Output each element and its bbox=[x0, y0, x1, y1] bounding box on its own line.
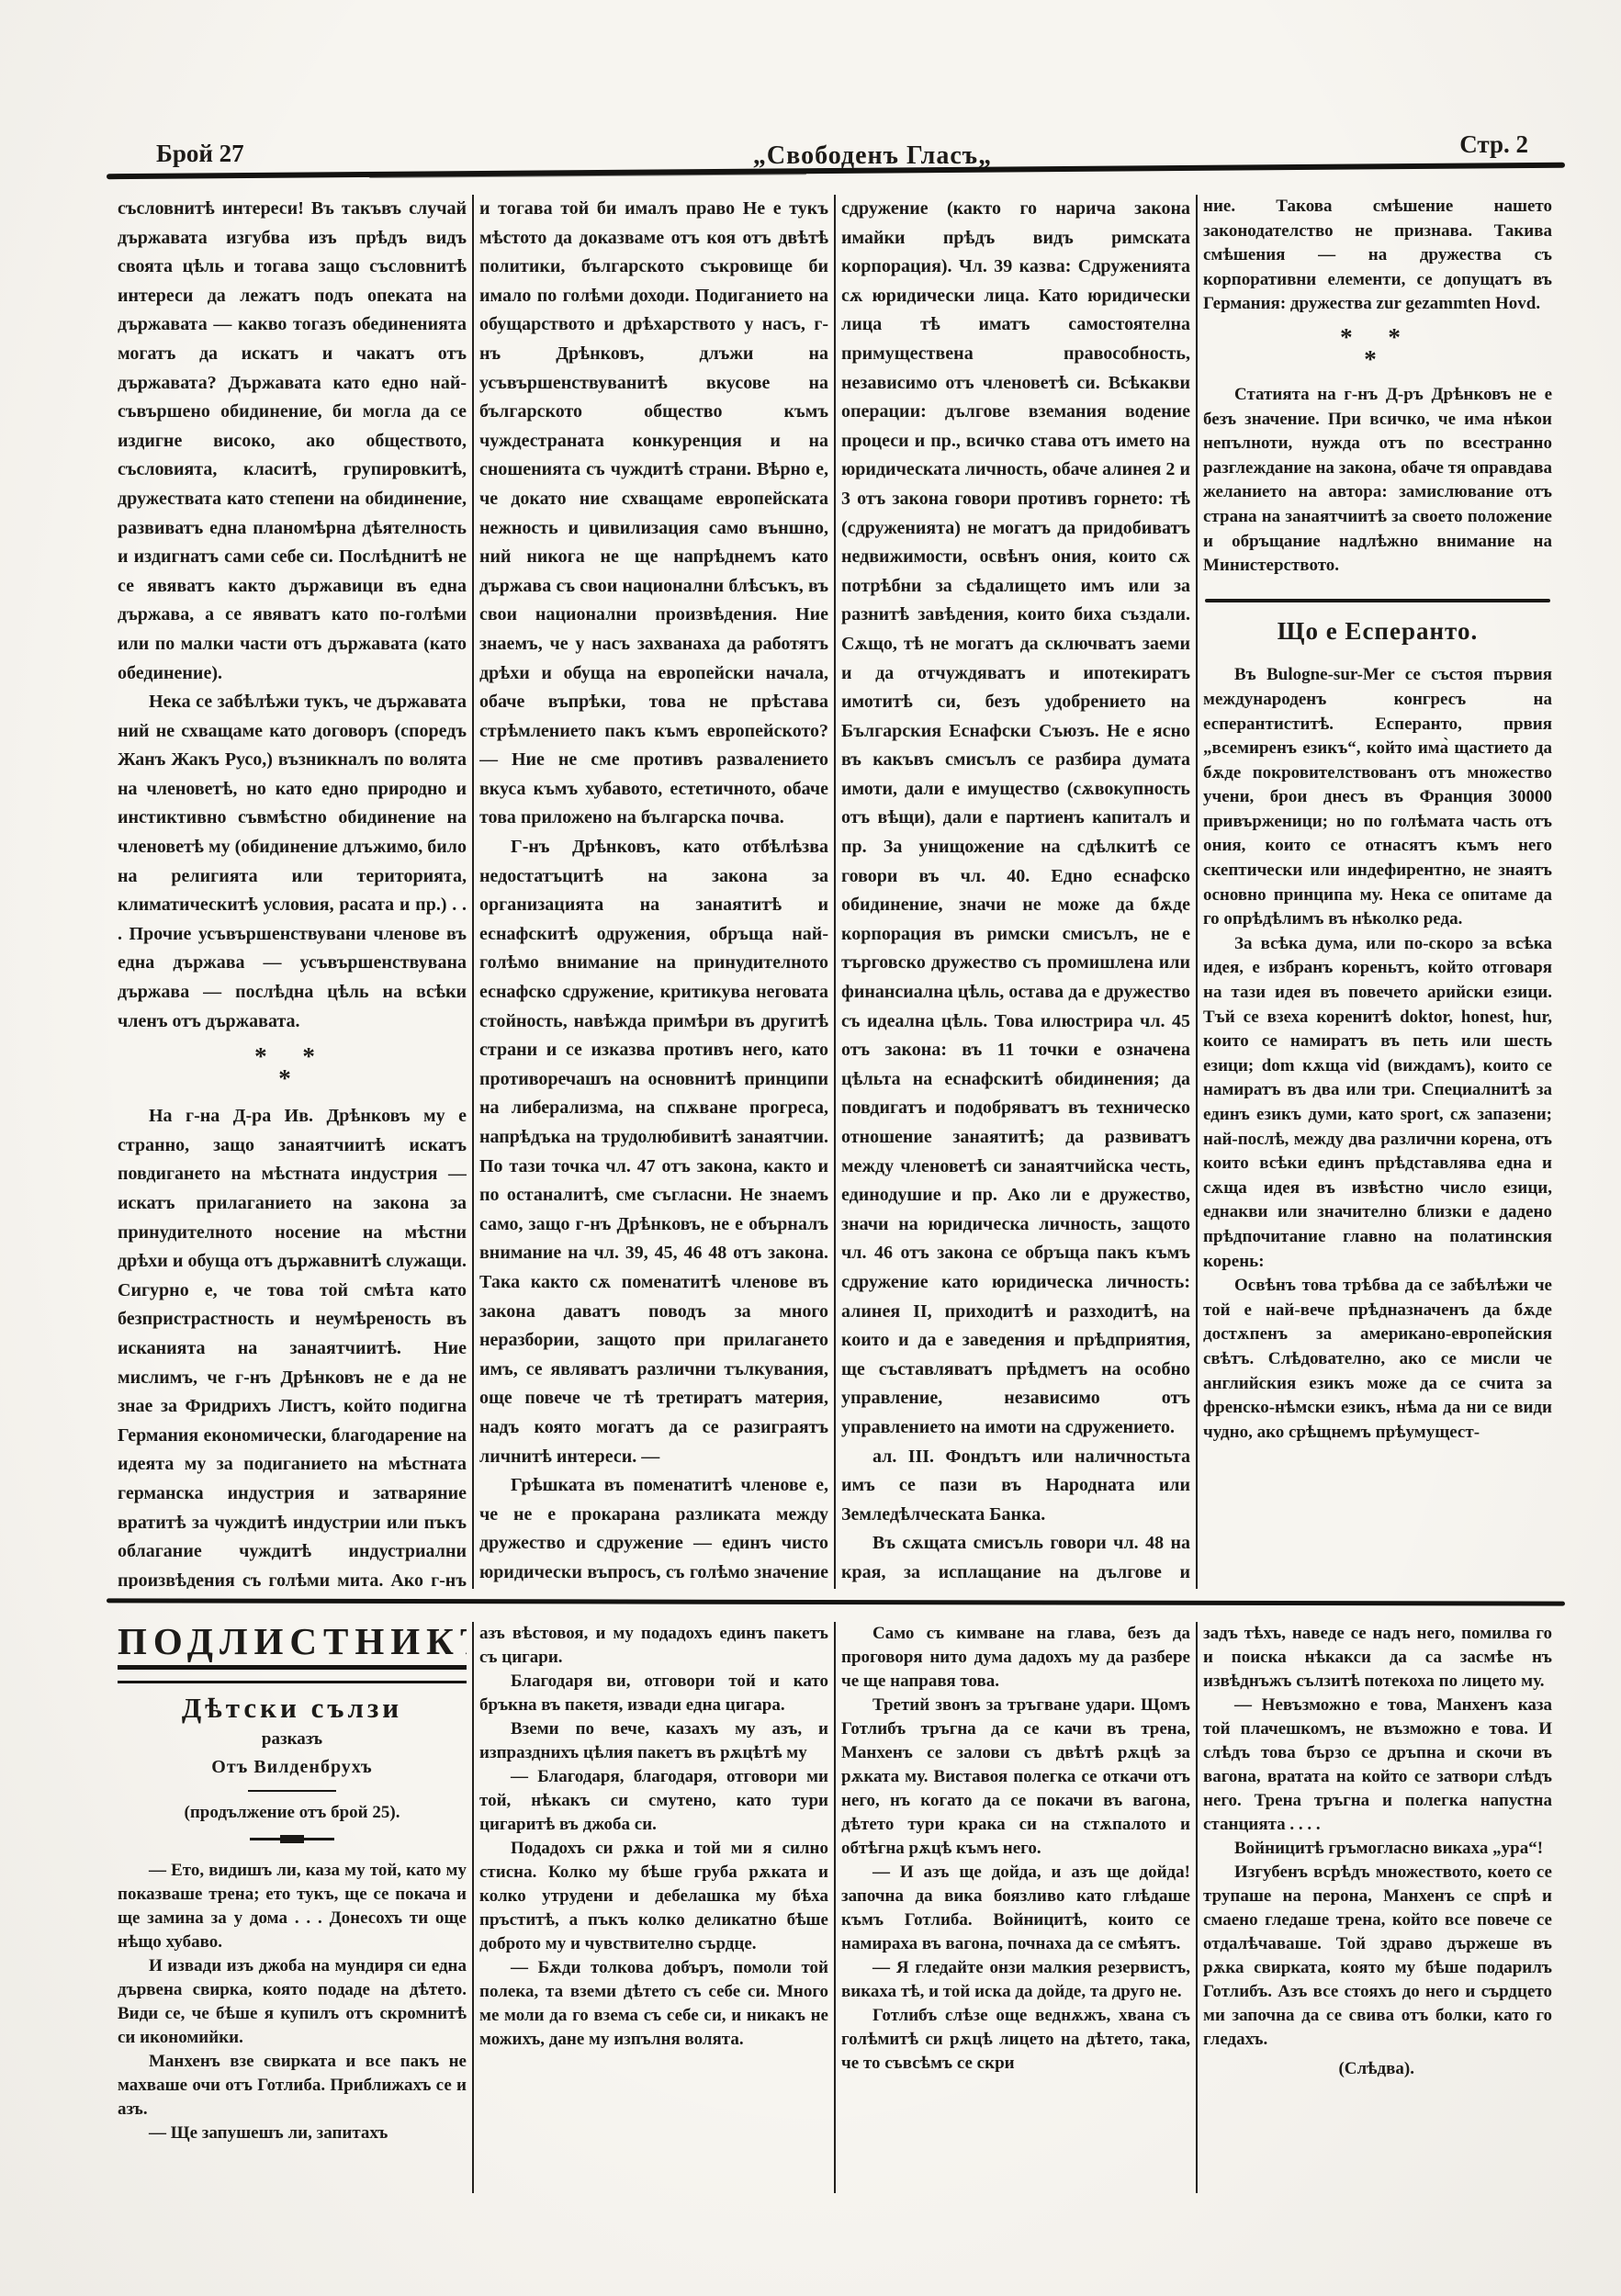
paragraph: ал. III. Фондътъ или наличностьта имъ се… bbox=[841, 1443, 1190, 1530]
story-title: Дѣтски сълзи bbox=[118, 1696, 467, 1720]
paragraph: и тогава той би ималъ право Не е тукъ мѣ… bbox=[479, 195, 828, 833]
paragraph: — Невъзможно е това, Манхенъ каза той пл… bbox=[1203, 1694, 1552, 1837]
paragraph: задъ тѣхъ, наведе се надъ него, помилва … bbox=[1203, 1622, 1552, 1694]
paragraph: Нека се забѣлѣжи тукъ, че държавата ний … bbox=[118, 688, 467, 1036]
story-text-column-1: — Ето, видишъ ли, каза му той, като му п… bbox=[118, 1859, 467, 2145]
paragraph: азъ вѣстовоя, и му подадохъ единъ пакетъ… bbox=[479, 1622, 828, 1670]
paragraph: сдружение (както го нарича закона имайки… bbox=[841, 195, 1190, 1443]
author-rule bbox=[248, 1790, 336, 1792]
paragraph: Войницитѣ гръмогласно викаха „ура“! bbox=[1203, 1837, 1552, 1861]
feuilleton-column-3: Само съ кимване на глава, безъ да прогов… bbox=[841, 1622, 1190, 2232]
column-divider-rule bbox=[1196, 1622, 1198, 2193]
paragraph: Въ Bulogne-sur-Mer се състоя първия межд… bbox=[1203, 663, 1552, 932]
to-be-continued: (Слѣдва). bbox=[1203, 2057, 1552, 2081]
paragraph: Третий звонъ за тръгване удари. Щомъ Гот… bbox=[841, 1694, 1190, 1861]
newspaper-page: Брой 27 „Свободенъ Гласъ„ Стр. 2 съсловн… bbox=[0, 0, 1621, 2296]
paragraph: Изгубенъ всрѣдъ множеството, което се тр… bbox=[1203, 1861, 1552, 2052]
paragraph: ние. Такова смѣшение нашето законодателс… bbox=[1203, 195, 1552, 317]
paragraph: — Бѫди толкова добъръ, помоли той полека… bbox=[479, 1956, 828, 2052]
story-genre: разказъ bbox=[118, 1728, 467, 1751]
feuilleton-column-2: азъ вѣстовоя, и му подадохъ единъ пакетъ… bbox=[479, 1622, 828, 2232]
feuilleton-masthead: ПОДЛИСТНИКЪ bbox=[118, 1622, 467, 1661]
story-author: Отъ Вилденбрухъ bbox=[118, 1755, 467, 1779]
masthead-double-rule bbox=[118, 1665, 467, 1683]
feuilleton-section: ПОДЛИСТНИКЪ Дѣтски сълзи разказъ Отъ Вил… bbox=[118, 1622, 1554, 2232]
paragraph: Статията на г-нъ Д-ръ Дрѣнковъ не е безъ… bbox=[1203, 383, 1552, 579]
ornament-rule bbox=[250, 1838, 334, 1840]
paragraph: За всѣка дума, или по-скоро за всѣка иде… bbox=[1203, 932, 1552, 1274]
feuilleton-column-1: ПОДЛИСТНИКЪ Дѣтски сълзи разказъ Отъ Вил… bbox=[118, 1622, 467, 2232]
paragraph: Вземи по вече, казахъ му азъ, и изпраздн… bbox=[479, 1717, 828, 1765]
issue-number: Брой 27 bbox=[156, 140, 244, 168]
column-divider-rule bbox=[834, 1622, 836, 2193]
main-column-4: ние. Такова смѣшение нашето законодателс… bbox=[1203, 195, 1552, 1589]
paragraph: съсловнитѣ интереси! Въ такъвъ случай дъ… bbox=[118, 195, 467, 688]
feuilleton-column-4: задъ тѣхъ, наведе се надъ него, помилва … bbox=[1203, 1622, 1552, 2232]
story-continuation-note: (продължение отъ брой 25). bbox=[118, 1801, 467, 1825]
paragraph: — Я гледайте онзи малкия резервистъ, вик… bbox=[841, 1956, 1190, 2004]
paragraph: Освѣнъ това трѣбва да се забѣлѣжи че той… bbox=[1203, 1274, 1552, 1445]
paragraph: — Ето, видишъ ли, каза му той, като му п… bbox=[118, 1859, 467, 1954]
paragraph: Подадохъ си рѫка и той ми я силно стисна… bbox=[479, 1837, 828, 1956]
paragraph: Манхенъ взе свирката и все пакъ не махва… bbox=[118, 2050, 467, 2122]
column-divider-rule bbox=[834, 195, 836, 1589]
main-column-2: и тогава той би ималъ право Не е тукъ мѣ… bbox=[479, 195, 828, 1589]
article-heading: Що е Есперанто. bbox=[1203, 619, 1552, 644]
main-column-1: съсловнитѣ интереси! Въ такъвъ случай дъ… bbox=[118, 195, 467, 1589]
column-divider-rule bbox=[1196, 195, 1198, 1589]
paragraph: Въ сѫщата смисъль говори чл. 48 на края,… bbox=[841, 1529, 1190, 1589]
asterism-separator: * * * bbox=[118, 1045, 467, 1089]
paragraph: Само съ кимване на глава, безъ да прогов… bbox=[841, 1622, 1190, 1694]
section-divider-rule bbox=[107, 1598, 1565, 1605]
paragraph: Благодаря ви, отговори той и като бръкна… bbox=[479, 1670, 828, 1717]
paragraph: — И азъ ще дойда, и азъ ще дойда! започн… bbox=[841, 1861, 1190, 1956]
column-divider-rule bbox=[472, 1622, 474, 2193]
article-divider-rule bbox=[1205, 599, 1550, 602]
paragraph: Готлибъ слѣзе още веднѫжъ, хвана съ голѣ… bbox=[841, 2004, 1190, 2076]
column-divider-rule bbox=[472, 195, 474, 1589]
paragraph: Г-нъ Дрѣнковъ, като отбѣлѣзва недостатъц… bbox=[479, 833, 828, 1471]
page-number: Стр. 2 bbox=[1459, 130, 1528, 159]
paragraph: — Благодаря, благодаря, отговори ми той,… bbox=[479, 1765, 828, 1837]
paragraph: — Ще запушешъ ли, запитахъ bbox=[118, 2122, 467, 2145]
paragraph: И извади изъ джоба на мундиря си една дъ… bbox=[118, 1954, 467, 2050]
asterism-separator: * * * bbox=[1203, 326, 1552, 370]
paragraph: Грѣшката въ поменатитѣ членове е, че не … bbox=[479, 1471, 828, 1589]
main-section: съсловнитѣ интереси! Въ такъвъ случай дъ… bbox=[118, 195, 1554, 1589]
main-column-3: сдружение (както го нарича закона имайки… bbox=[841, 195, 1190, 1589]
paragraph: На г-на Д-ра Ив. Дрѣнковъ му е странно, … bbox=[118, 1102, 467, 1589]
